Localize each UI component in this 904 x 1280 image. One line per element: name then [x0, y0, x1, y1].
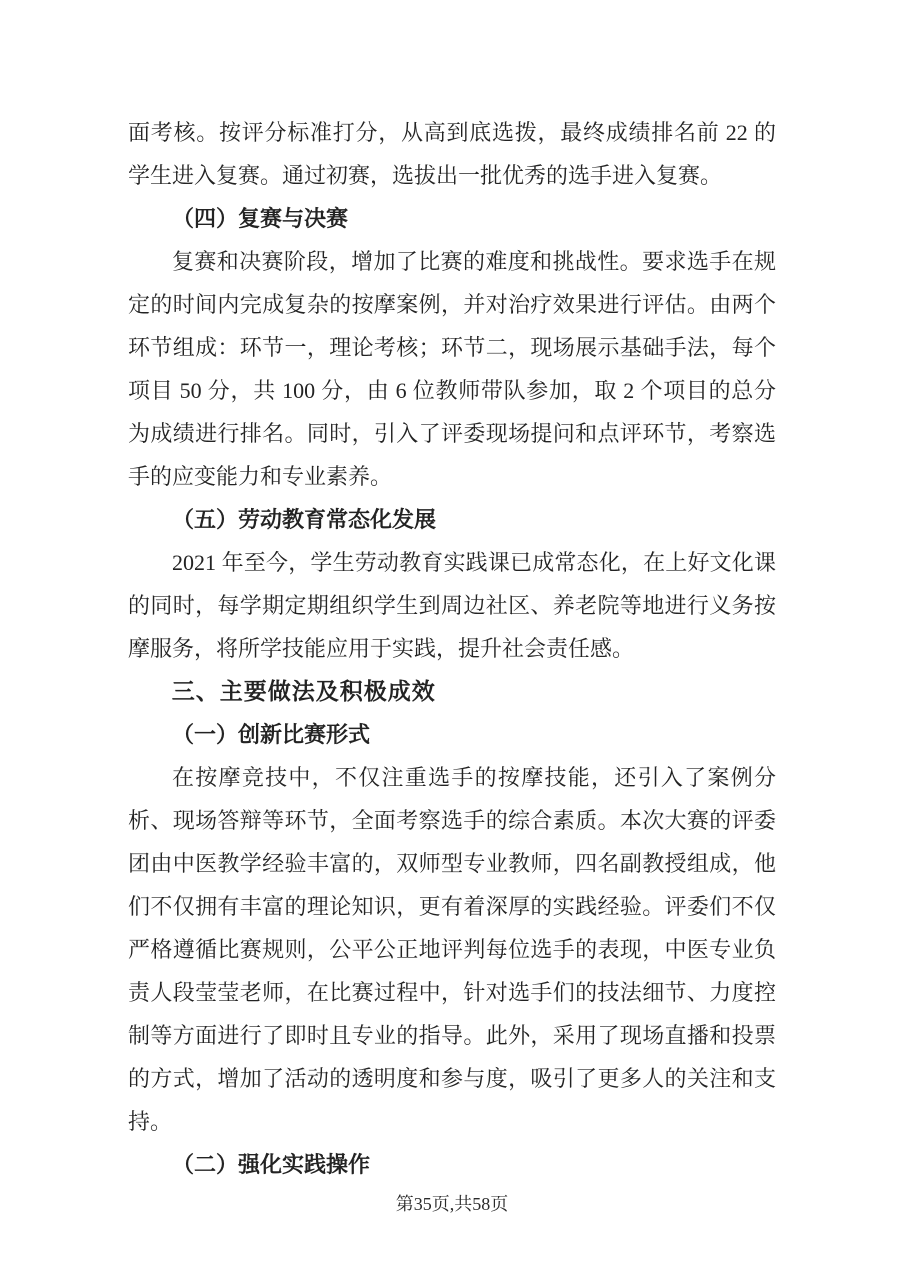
paragraph-innovative-competition-format: 在按摩竞技中，不仅注重选手的按摩技能，还引入了案例分析、现场答辩等环节，全面考察… [128, 756, 776, 1143]
chapter-heading-3-main-practices: 三、主要做法及积极成效 [128, 670, 776, 713]
section-heading-4-semifinal-final: （四）复赛与决赛 [128, 197, 776, 240]
page-footer: 第35页,共58页 [0, 1190, 904, 1216]
section-heading-1-innovative-format: （一）创新比赛形式 [128, 713, 776, 756]
document-page: 面考核。按评分标准打分，从高到底选拨，最终成绩排名前 22 的学生进入复赛。通过… [0, 0, 904, 1280]
paragraph-labor-education-practice: 2021 年至今，学生劳动教育实践课已成常态化，在上好文化课的同时，每学期定期组… [128, 541, 776, 670]
section-heading-5-labor-education: （五）劳动教育常态化发展 [128, 498, 776, 541]
page-number-indicator: 第35页,共58页 [396, 1194, 509, 1214]
paragraph-preliminary-selection-continued: 面考核。按评分标准打分，从高到底选拨，最终成绩排名前 22 的学生进入复赛。通过… [128, 111, 776, 197]
paragraph-semifinal-final-stage: 复赛和决赛阶段，增加了比赛的难度和挑战性。要求选手在规定的时间内完成复杂的按摩案… [128, 240, 776, 498]
document-body: 面考核。按评分标准打分，从高到底选拨，最终成绩排名前 22 的学生进入复赛。通过… [128, 111, 776, 1186]
section-heading-2-practical-operation: （二）强化实践操作 [128, 1143, 776, 1186]
